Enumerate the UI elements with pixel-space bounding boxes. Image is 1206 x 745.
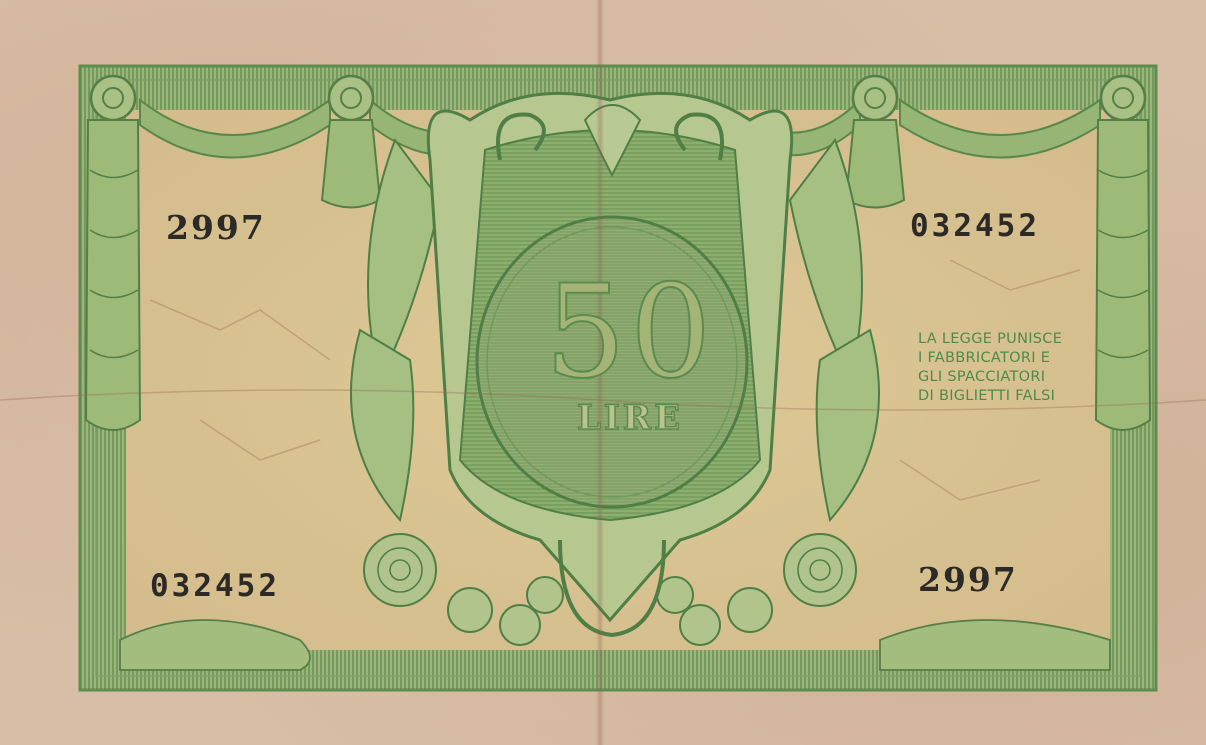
warning-line: GLI SPACCIATORI bbox=[918, 368, 1062, 387]
denomination-word: LIRE bbox=[520, 398, 740, 438]
counterfeit-warning: LA LEGGE PUNISCE I FABBRICATORI E GLI SP… bbox=[918, 330, 1062, 406]
warning-line: LA LEGGE PUNISCE bbox=[918, 330, 1062, 349]
serial-top-left: 2997 bbox=[166, 208, 266, 247]
denomination-number: 50 bbox=[520, 268, 740, 398]
serial-bottom-right: 2997 bbox=[918, 560, 1018, 599]
serial-bottom-left: 032452 bbox=[150, 568, 280, 604]
banknote-photo: 50 LIRE 2997 032452 032452 2997 LA LEGGE… bbox=[0, 0, 1206, 745]
serial-top-right: 032452 bbox=[910, 208, 1040, 244]
warning-line: DI BIGLIETTI FALSI bbox=[918, 387, 1062, 406]
warning-line: I FABBRICATORI E bbox=[918, 349, 1062, 368]
